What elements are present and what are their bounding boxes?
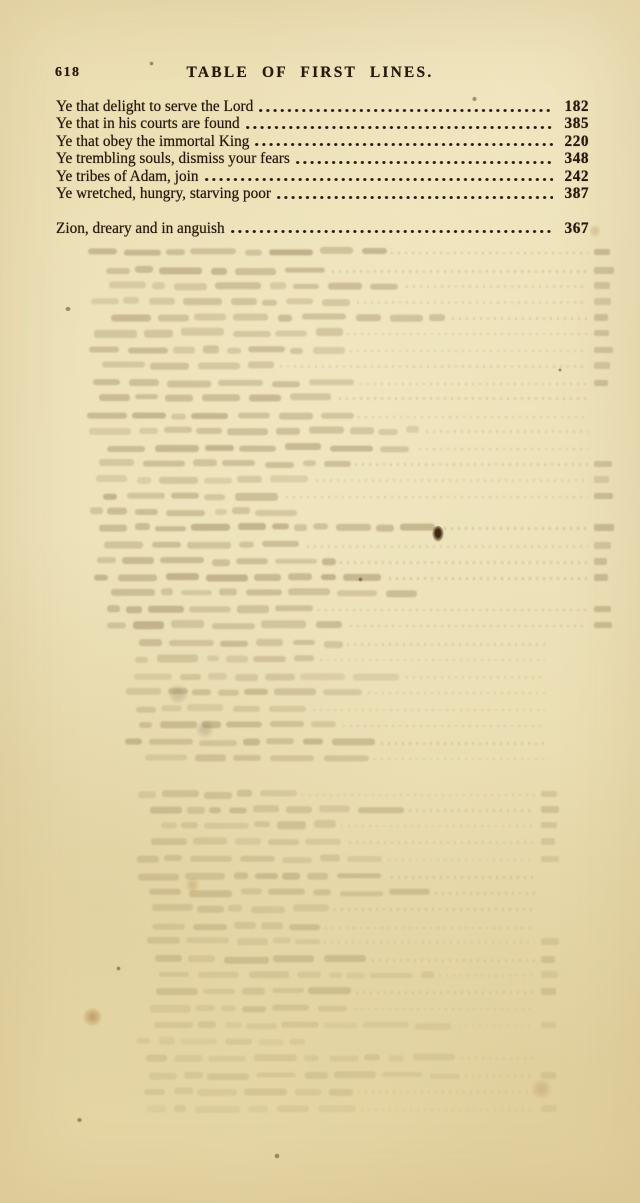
ghost-word-blob bbox=[151, 838, 187, 845]
ghost-word-blob bbox=[90, 508, 103, 515]
ghost-word-blob bbox=[226, 721, 263, 727]
ghost-page-number-blob bbox=[594, 574, 608, 581]
ghost-word-blob bbox=[193, 838, 227, 845]
ghost-dot-leader bbox=[302, 794, 535, 797]
ghost-word-blob bbox=[248, 361, 274, 368]
index-entry: Ye that obey the immortal King 220 bbox=[56, 133, 589, 150]
ghost-word-blob bbox=[293, 283, 318, 289]
ghost-word-blob bbox=[270, 476, 309, 483]
ghost-page-number-blob bbox=[541, 791, 557, 798]
ghost-word-blob bbox=[159, 1037, 175, 1044]
paper-stain bbox=[529, 1080, 554, 1098]
ghost-word-blob bbox=[88, 248, 118, 254]
ghost-word-blob bbox=[208, 1055, 246, 1061]
bleed-through-line bbox=[149, 887, 535, 897]
ghost-dot-leader bbox=[325, 927, 535, 930]
ghost-word-blob bbox=[237, 938, 268, 945]
ghost-word-blob bbox=[118, 575, 157, 581]
ghost-page-number-blob bbox=[594, 347, 613, 354]
ghost-word-blob bbox=[97, 557, 116, 563]
ghost-word-blob bbox=[139, 722, 152, 728]
ghost-word-blob bbox=[111, 315, 152, 321]
ghost-word-blob bbox=[139, 428, 158, 434]
ghost-word-blob bbox=[149, 298, 175, 304]
ghost-word-blob bbox=[350, 427, 374, 434]
ghost-word-blob bbox=[204, 792, 232, 799]
ghost-word-blob bbox=[285, 267, 325, 273]
ghost-word-blob bbox=[323, 689, 362, 695]
ghost-word-blob bbox=[96, 475, 127, 482]
entry-first-line: Ye tribes of Adam, join bbox=[56, 168, 199, 185]
ghost-word-blob bbox=[150, 1005, 191, 1012]
ghost-word-blob bbox=[189, 890, 232, 897]
ghost-dot-leader bbox=[435, 892, 535, 895]
bleed-through-line bbox=[138, 789, 557, 799]
ghost-word-blob bbox=[321, 413, 354, 419]
ghost-word-blob bbox=[158, 314, 189, 321]
ghost-dot-leader bbox=[406, 676, 545, 679]
ghost-page-number-blob bbox=[594, 524, 614, 531]
paper-stain bbox=[558, 368, 562, 372]
ghost-word-blob bbox=[185, 872, 224, 879]
ghost-word-blob bbox=[87, 413, 127, 419]
entry-page-number: 387 bbox=[557, 185, 589, 202]
ghost-word-blob bbox=[281, 1022, 318, 1028]
bleed-through-line bbox=[97, 556, 607, 566]
ghost-word-blob bbox=[235, 493, 278, 500]
ghost-page-number-blob bbox=[541, 838, 555, 845]
ghost-dot-leader bbox=[341, 825, 535, 828]
ghost-word-blob bbox=[305, 839, 342, 845]
ghost-word-blob bbox=[238, 523, 266, 530]
ghost-word-blob bbox=[270, 755, 314, 761]
ghost-word-blob bbox=[275, 605, 313, 611]
ghost-word-blob bbox=[208, 673, 227, 680]
ghost-word-blob bbox=[249, 395, 281, 402]
ghost-word-blob bbox=[104, 541, 144, 548]
ghost-word-blob bbox=[99, 459, 134, 466]
ghost-word-blob bbox=[168, 688, 188, 694]
ghost-word-blob bbox=[138, 874, 179, 881]
ink-blot bbox=[432, 526, 444, 542]
ghost-word-blob bbox=[322, 558, 337, 564]
scanned-book-page: 618 TABLE OF FIRST LINES. Ye that deligh… bbox=[0, 0, 640, 1203]
ghost-page-number-blob bbox=[594, 267, 614, 274]
ghost-word-blob bbox=[318, 1106, 356, 1112]
ghost-word-blob bbox=[186, 938, 229, 944]
ghost-word-blob bbox=[370, 973, 414, 979]
ghost-word-blob bbox=[421, 971, 434, 978]
ghost-dot-leader bbox=[444, 527, 588, 530]
ghost-word-blob bbox=[155, 526, 186, 532]
ghost-word-blob bbox=[136, 1037, 150, 1044]
ghost-word-blob bbox=[215, 509, 227, 515]
ghost-dot-leader bbox=[347, 333, 587, 336]
ghost-word-blob bbox=[233, 755, 262, 761]
bleed-through-line bbox=[139, 720, 545, 730]
ghost-word-blob bbox=[173, 346, 195, 353]
ghost-dot-leader bbox=[391, 252, 588, 255]
ghost-word-blob bbox=[240, 855, 275, 861]
ghost-dot-leader bbox=[316, 479, 587, 482]
ghost-word-blob bbox=[196, 428, 222, 434]
ghost-word-blob bbox=[174, 1106, 186, 1112]
ghost-word-blob bbox=[255, 873, 278, 879]
bleed-through-line bbox=[94, 572, 608, 582]
ghost-word-blob bbox=[305, 1072, 328, 1079]
paper-stain bbox=[166, 684, 190, 704]
ghost-word-blob bbox=[363, 1022, 409, 1028]
ghost-word-blob bbox=[143, 461, 184, 467]
ghost-word-blob bbox=[147, 937, 180, 944]
ghost-word-blob bbox=[343, 574, 381, 581]
ghost-word-blob bbox=[183, 298, 222, 305]
ghost-word-blob bbox=[202, 395, 240, 402]
ghost-word-blob bbox=[204, 478, 232, 484]
ghost-word-blob bbox=[242, 988, 265, 994]
ghost-word-blob bbox=[277, 822, 306, 829]
ghost-dot-leader bbox=[406, 285, 588, 288]
ghost-word-blob bbox=[187, 542, 230, 549]
index-entry: Zion, dreary and in anguish 367 bbox=[56, 220, 589, 237]
ghost-word-blob bbox=[197, 906, 224, 913]
ghost-word-blob bbox=[135, 509, 158, 515]
dot-leader bbox=[277, 196, 553, 199]
ghost-page-number-blob bbox=[594, 330, 609, 337]
ghost-dot-leader bbox=[355, 463, 588, 466]
ghost-word-blob bbox=[221, 1005, 236, 1012]
entry-page-number: 367 bbox=[557, 220, 589, 237]
ghost-dot-leader bbox=[361, 1108, 535, 1111]
ghost-word-blob bbox=[225, 1022, 242, 1028]
ghost-word-blob bbox=[282, 857, 312, 863]
ghost-word-blob bbox=[193, 459, 217, 466]
ghost-word-blob bbox=[212, 623, 255, 630]
ghost-word-blob bbox=[226, 656, 248, 663]
ghost-word-blob bbox=[288, 573, 312, 580]
ghost-word-blob bbox=[316, 328, 343, 335]
ghost-dot-leader bbox=[356, 991, 535, 994]
ghost-word-blob bbox=[324, 955, 365, 962]
ghost-word-blob bbox=[295, 939, 319, 945]
ghost-word-blob bbox=[386, 590, 417, 597]
ghost-word-blob bbox=[138, 791, 156, 798]
ghost-word-blob bbox=[191, 523, 230, 530]
ghost-dot-leader bbox=[349, 841, 535, 844]
ghost-word-blob bbox=[148, 605, 183, 612]
ghost-word-blob bbox=[198, 972, 240, 978]
ghost-word-blob bbox=[187, 807, 205, 814]
bleed-through-line bbox=[88, 247, 610, 257]
ghost-word-blob bbox=[157, 655, 199, 662]
ghost-word-blob bbox=[189, 606, 231, 612]
ghost-word-blob bbox=[249, 971, 290, 978]
ghost-word-blob bbox=[227, 429, 268, 436]
bleed-through-line bbox=[106, 265, 614, 275]
ghost-word-blob bbox=[152, 904, 193, 910]
entry-first-line: Zion, dreary and in anguish bbox=[56, 220, 225, 237]
ghost-dot-leader bbox=[347, 643, 545, 646]
bleed-through-line bbox=[99, 393, 587, 403]
ghost-word-blob bbox=[275, 558, 317, 564]
ghost-word-blob bbox=[150, 807, 182, 814]
ghost-word-blob bbox=[171, 414, 186, 420]
ghost-word-blob bbox=[255, 510, 297, 516]
bleed-through-line bbox=[150, 1003, 535, 1013]
ghost-word-blob bbox=[289, 1039, 305, 1045]
ghost-word-blob bbox=[286, 298, 313, 304]
index-group-1: Ye that delight to serve the Lord 182 Ye… bbox=[56, 98, 589, 203]
ghost-word-blob bbox=[309, 427, 345, 434]
entry-first-line: Ye that delight to serve the Lord bbox=[56, 98, 253, 115]
ghost-word-blob bbox=[126, 606, 142, 613]
bleed-through-line bbox=[90, 507, 306, 517]
ghost-word-blob bbox=[188, 955, 214, 962]
bleed-through-line bbox=[138, 871, 534, 881]
ghost-word-blob bbox=[266, 738, 294, 744]
ghost-word-blob bbox=[164, 855, 182, 861]
ghost-word-blob bbox=[429, 314, 446, 321]
ghost-word-blob bbox=[124, 249, 161, 255]
running-title: TABLE OF FIRST LINES. bbox=[40, 64, 580, 82]
ghost-word-blob bbox=[227, 348, 241, 355]
ghost-word-blob bbox=[192, 689, 211, 695]
ghost-word-blob bbox=[293, 905, 329, 912]
ghost-word-blob bbox=[159, 972, 189, 978]
ghost-word-blob bbox=[382, 1072, 422, 1078]
ghost-dot-leader bbox=[340, 561, 588, 564]
ghost-dot-leader bbox=[465, 1075, 534, 1078]
paper-stain bbox=[590, 222, 600, 240]
ghost-word-blob bbox=[222, 460, 255, 466]
ghost-word-blob bbox=[237, 476, 261, 483]
ghost-word-blob bbox=[209, 807, 221, 813]
ghost-word-blob bbox=[99, 394, 129, 401]
bleed-through-line bbox=[125, 737, 545, 747]
ghost-word-blob bbox=[91, 298, 119, 304]
bleed-through-line bbox=[111, 588, 427, 598]
bleed-through-line bbox=[107, 620, 612, 630]
paper-stain bbox=[274, 1153, 280, 1159]
ghost-word-blob bbox=[195, 1106, 239, 1113]
ghost-word-blob bbox=[270, 721, 303, 727]
ghost-word-blob bbox=[204, 823, 250, 829]
ghost-word-blob bbox=[93, 379, 120, 385]
ghost-word-blob bbox=[199, 740, 236, 746]
ghost-page-number-blob bbox=[594, 282, 610, 289]
ghost-word-blob bbox=[389, 889, 431, 895]
ghost-word-blob bbox=[154, 1022, 192, 1028]
ghost-word-blob bbox=[253, 805, 279, 812]
first-lines-index: Ye that delight to serve the Lord 182 Ye… bbox=[56, 98, 589, 237]
bleed-through-line bbox=[89, 345, 613, 355]
bleed-through-line bbox=[96, 475, 610, 485]
bleed-through-line bbox=[94, 328, 609, 338]
ghost-word-blob bbox=[314, 820, 336, 827]
ghost-word-blob bbox=[285, 443, 322, 450]
ghost-word-blob bbox=[294, 524, 307, 531]
entry-page-number: 385 bbox=[557, 115, 589, 132]
ghost-word-blob bbox=[181, 822, 197, 828]
bleed-through-line bbox=[147, 936, 560, 946]
ghost-word-blob bbox=[303, 739, 323, 745]
ghost-word-blob bbox=[147, 1106, 166, 1112]
bleed-through-line bbox=[152, 903, 535, 913]
ghost-word-blob bbox=[242, 1006, 267, 1012]
dot-leader bbox=[246, 126, 553, 129]
ghost-word-blob bbox=[340, 891, 383, 897]
bleed-through-line bbox=[135, 654, 545, 664]
ghost-word-blob bbox=[152, 282, 165, 289]
ghost-word-blob bbox=[107, 605, 121, 612]
ghost-word-blob bbox=[390, 315, 423, 322]
ghost-word-blob bbox=[253, 656, 285, 662]
ghost-word-blob bbox=[215, 282, 261, 289]
ghost-word-blob bbox=[336, 524, 371, 531]
ghost-word-blob bbox=[400, 523, 434, 530]
ghost-dot-leader bbox=[360, 383, 587, 386]
ghost-word-blob bbox=[251, 906, 285, 913]
ghost-word-blob bbox=[321, 574, 336, 580]
ghost-word-blob bbox=[278, 315, 292, 322]
bleed-through-line bbox=[111, 312, 608, 322]
ghost-word-blob bbox=[265, 462, 294, 468]
ghost-dot-leader bbox=[280, 365, 588, 368]
ghost-word-blob bbox=[111, 589, 155, 595]
ghost-word-blob bbox=[233, 331, 271, 337]
ghost-word-blob bbox=[152, 542, 181, 548]
paper-stain bbox=[64, 307, 72, 311]
paper-stain bbox=[116, 966, 121, 971]
ghost-word-blob bbox=[254, 574, 281, 580]
ghost-word-blob bbox=[159, 477, 197, 484]
ghost-word-blob bbox=[380, 446, 409, 452]
ghost-dot-leader bbox=[343, 725, 545, 728]
ghost-word-blob bbox=[225, 1038, 251, 1044]
ghost-word-blob bbox=[256, 1072, 296, 1078]
ghost-word-blob bbox=[234, 922, 256, 929]
ghost-word-blob bbox=[294, 655, 313, 661]
ghost-dot-leader bbox=[461, 1057, 535, 1060]
ghost-dot-leader bbox=[368, 692, 544, 695]
ghost-page-number-blob bbox=[594, 362, 610, 369]
ghost-word-blob bbox=[259, 1039, 284, 1045]
ghost-page-number-blob bbox=[541, 938, 559, 945]
ghost-page-number-blob bbox=[541, 1072, 557, 1079]
ghost-dot-leader bbox=[332, 270, 588, 273]
ghost-word-blob bbox=[297, 971, 321, 977]
ghost-dot-leader bbox=[388, 859, 535, 862]
ghost-dot-leader bbox=[354, 1008, 535, 1011]
entry-page-number: 182 bbox=[557, 98, 589, 115]
ghost-dot-leader bbox=[358, 416, 588, 419]
ghost-page-number-blob bbox=[541, 806, 559, 813]
ghost-word-blob bbox=[274, 688, 316, 695]
ghost-word-blob bbox=[290, 348, 303, 354]
bleed-through-line bbox=[137, 854, 559, 864]
ghost-page-number-blob bbox=[594, 622, 612, 629]
ghost-word-blob bbox=[309, 379, 353, 385]
dot-leader bbox=[231, 230, 553, 233]
ghost-word-blob bbox=[150, 362, 189, 369]
ghost-word-blob bbox=[430, 1073, 460, 1079]
ghost-word-blob bbox=[191, 413, 227, 419]
ghost-word-blob bbox=[122, 557, 154, 564]
ghost-word-blob bbox=[132, 412, 166, 418]
ghost-word-blob bbox=[228, 905, 241, 912]
ghost-dot-leader bbox=[313, 709, 545, 712]
ghost-word-blob bbox=[313, 524, 328, 530]
ghost-word-blob bbox=[206, 574, 248, 581]
ghost-word-blob bbox=[295, 1089, 320, 1095]
ghost-word-blob bbox=[180, 674, 202, 680]
bleed-through-line bbox=[154, 1020, 556, 1030]
ghost-word-blob bbox=[261, 620, 306, 627]
ghost-dot-leader bbox=[374, 758, 545, 761]
ghost-word-blob bbox=[270, 282, 287, 289]
ghost-word-blob bbox=[109, 282, 146, 289]
ghost-word-blob bbox=[162, 790, 200, 797]
ghost-word-blob bbox=[237, 789, 252, 796]
ghost-word-blob bbox=[161, 589, 173, 595]
ghost-word-blob bbox=[166, 573, 198, 580]
ghost-word-blob bbox=[152, 923, 185, 930]
ghost-word-blob bbox=[212, 559, 230, 566]
bleed-through-line bbox=[104, 540, 611, 550]
paper-stain bbox=[194, 720, 216, 738]
ghost-word-blob bbox=[279, 413, 313, 420]
bleed-through-line bbox=[99, 459, 611, 469]
entry-first-line: Ye wretched, hungry, starving poor bbox=[56, 185, 271, 202]
ghost-word-blob bbox=[272, 381, 301, 387]
ghost-word-blob bbox=[261, 923, 283, 930]
ghost-word-blob bbox=[234, 872, 248, 879]
paper-stain bbox=[184, 878, 201, 892]
entry-first-line: Ye that in his courts are found bbox=[56, 115, 240, 132]
ghost-word-blob bbox=[286, 807, 312, 814]
index-entry: Ye trembling souls, dismiss your fears 3… bbox=[56, 150, 589, 167]
ghost-page-number-blob bbox=[594, 461, 612, 468]
ghost-dot-leader bbox=[318, 609, 588, 612]
ghost-word-blob bbox=[413, 1054, 454, 1061]
ghost-word-blob bbox=[218, 689, 239, 695]
ghost-page-number-blob bbox=[594, 380, 609, 387]
ghost-word-blob bbox=[94, 330, 137, 337]
ghost-word-blob bbox=[229, 807, 247, 813]
ghost-word-blob bbox=[238, 412, 271, 418]
ghost-word-blob bbox=[166, 510, 206, 516]
ghost-dot-leader bbox=[339, 397, 588, 400]
ghost-word-blob bbox=[346, 972, 365, 978]
ghost-word-blob bbox=[171, 620, 204, 627]
ghost-word-blob bbox=[319, 805, 349, 812]
ghost-word-blob bbox=[139, 639, 161, 646]
ghost-word-blob bbox=[134, 674, 172, 680]
ghost-word-blob bbox=[256, 639, 283, 646]
ghost-word-blob bbox=[159, 267, 202, 274]
ghost-word-blob bbox=[166, 249, 185, 255]
ghost-word-blob bbox=[324, 755, 370, 761]
ghost-word-blob bbox=[211, 268, 227, 275]
ghost-word-blob bbox=[307, 873, 328, 880]
bleed-through-line bbox=[134, 671, 545, 681]
ghost-word-blob bbox=[406, 426, 418, 433]
page-header: 618 TABLE OF FIRST LINES. bbox=[0, 64, 640, 86]
ghost-word-blob bbox=[320, 855, 340, 862]
ghost-word-blob bbox=[273, 956, 314, 962]
bleed-through-line bbox=[161, 820, 557, 830]
ghost-word-blob bbox=[137, 856, 159, 863]
